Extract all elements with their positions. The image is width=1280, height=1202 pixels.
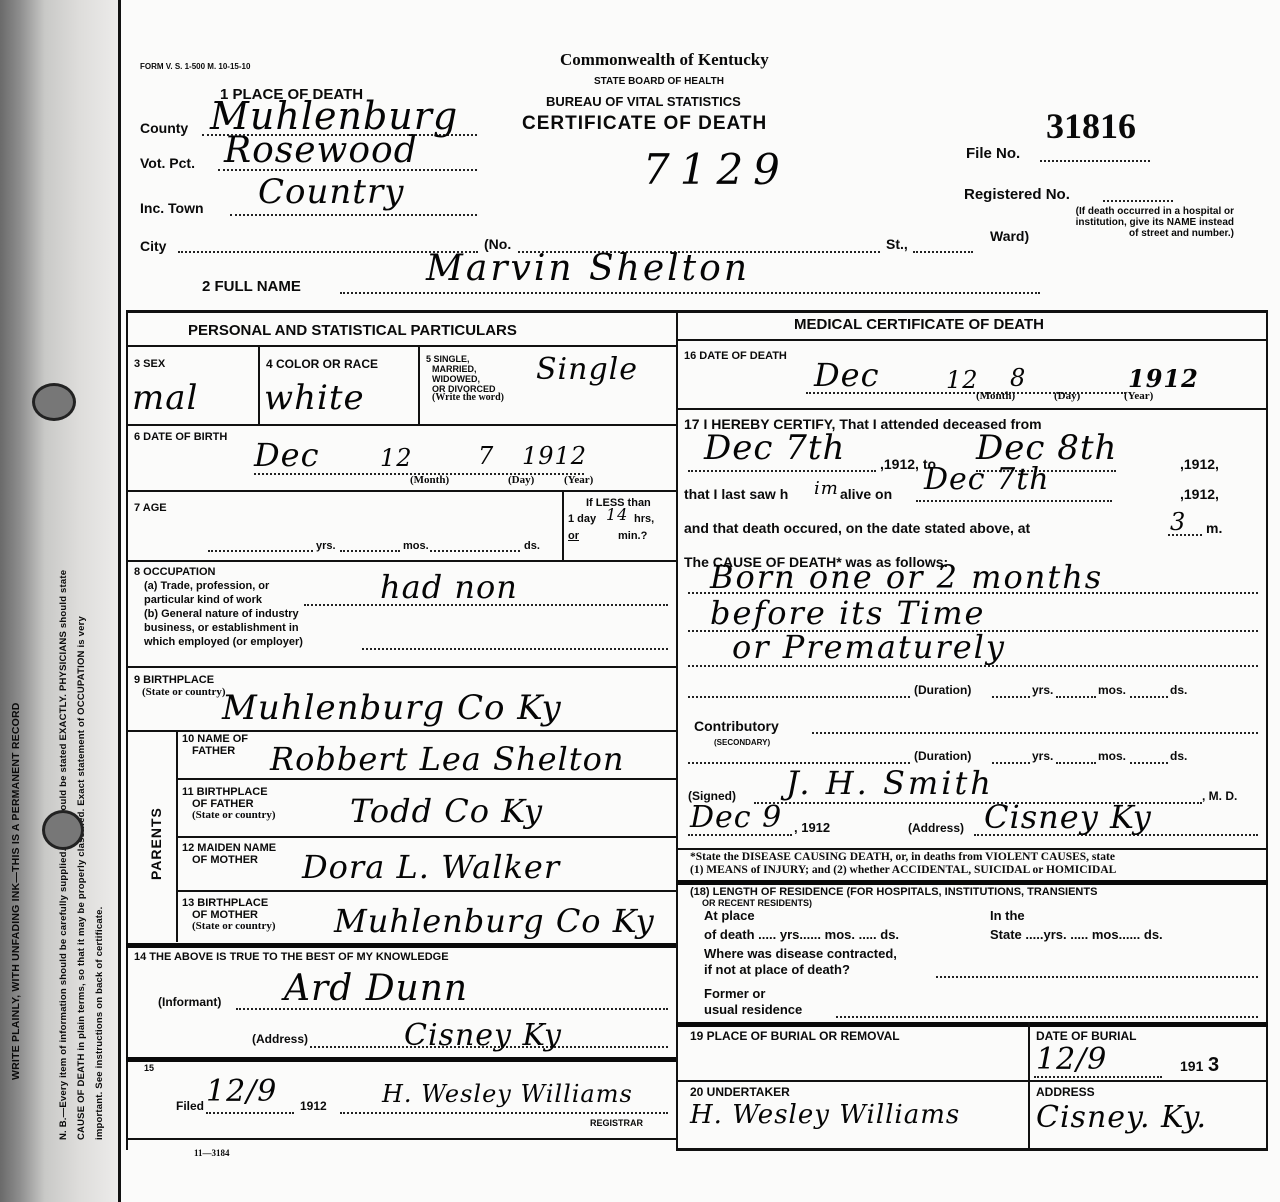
race-label: 4 COLOR OR RACE [266, 358, 378, 370]
less-than-label-2: 1 day [568, 513, 596, 525]
filed-year: 1912 [300, 1100, 327, 1112]
dod-day[interactable]: 8 [1010, 364, 1026, 392]
undertaker-value[interactable]: H. Wesley Williams [690, 1100, 960, 1130]
cause-duration-mos: mos. [1098, 684, 1126, 696]
vot-pct-label: Vot. Pct. [140, 155, 195, 171]
undertaker-address-label: ADDRESS [1036, 1086, 1095, 1098]
signed-date-value[interactable]: Dec 9 [690, 800, 782, 835]
place-of-burial-label: 19 PLACE OF BURIAL OR REMOVAL [690, 1030, 900, 1042]
sheet-left-border [118, 0, 121, 1202]
side-note-nb: N. B.—Every item of information should b… [58, 570, 69, 1140]
filed-date-value[interactable]: 12/9 [206, 1074, 277, 1109]
full-name-value[interactable]: Marvin Shelton [426, 248, 750, 289]
form-number: FORM V. S. 1-500 M. 10-15-10 [140, 62, 250, 72]
less-than-label-5: min.? [618, 530, 647, 542]
race-value[interactable]: white [264, 378, 365, 418]
dob-year[interactable]: 1912 [522, 442, 587, 470]
date-of-burial-label: DATE OF BURIAL [1036, 1030, 1136, 1042]
age-yrs-label: yrs. [316, 540, 336, 552]
full-name-label: 2 FULL NAME [202, 278, 301, 295]
in-state-label-1: In the [990, 910, 1025, 922]
bureau-heading: BUREAU OF VITAL STATISTICS [546, 94, 741, 109]
cause-line-2[interactable]: before its Time [710, 594, 985, 632]
medical-section-title: MEDICAL CERTIFICATE OF DEATH [794, 316, 1044, 333]
dod-year[interactable]: 1912 [1128, 364, 1199, 393]
dod-label: 16 DATE OF DEATH [684, 350, 787, 362]
death-time-label: and that death occured, on the date stat… [684, 520, 1030, 536]
mother-birthplace-label-1: 13 BIRTHPLACE [182, 897, 268, 909]
cause-duration-label: (Duration) [914, 684, 971, 696]
last-saw-pronoun[interactable]: im [814, 478, 839, 499]
undertaker-address-value[interactable]: Cisney. Ky. [1036, 1100, 1207, 1135]
contracted-label-2: if not at place of death? [704, 964, 850, 976]
date-of-burial-value[interactable]: 12/9 [1036, 1042, 1107, 1077]
informant-label: (Informant) [158, 996, 221, 1008]
dob-month[interactable]: Dec [254, 436, 320, 474]
dod-day-caption: (Day) [1054, 390, 1080, 402]
left-margin-strip: WRITE PLAINLY, WITH UNFADING INK—THIS IS… [0, 0, 118, 1202]
death-time-suffix: m. [1206, 520, 1222, 536]
side-note-cause: CAUSE OF DEATH in plain terms, so that i… [76, 616, 87, 1140]
age-ds-label: ds. [524, 540, 540, 552]
father-birthplace-value[interactable]: Todd Co Ky [350, 792, 543, 830]
at-place-label-1: At place [704, 910, 755, 922]
dob-label: 6 DATE OF BIRTH [134, 431, 227, 443]
occupation-b-line3: which employed (or employer) [144, 636, 303, 648]
attended-from-value[interactable]: Dec 7th [704, 428, 845, 468]
contributory-label: Contributory [694, 718, 779, 734]
file-no-label: File No. [966, 145, 1020, 162]
father-name-label-1: 10 NAME OF [182, 733, 248, 745]
certificate-title: CERTIFICATE OF DEATH [522, 113, 767, 135]
dob-month-num[interactable]: 12 [380, 444, 413, 472]
mother-name-label-1: 12 MAIDEN NAME [182, 842, 276, 854]
dob-day[interactable]: 7 [478, 442, 494, 470]
sex-value[interactable]: mal [132, 378, 198, 418]
death-time-value[interactable]: 3 [1170, 508, 1186, 536]
marital-label-1: 5 SINGLE, [426, 354, 470, 364]
hospital-note: (If death occurred in a hospital or inst… [1074, 206, 1234, 239]
dod-month-num[interactable]: 12 [946, 366, 979, 394]
mother-name-label-2: OF MOTHER [192, 854, 258, 866]
board-heading: STATE BOARD OF HEALTH [594, 76, 724, 88]
death-certificate: FORM V. S. 1-500 M. 10-15-10 Commonwealt… [118, 0, 1280, 1202]
month-caption: (Month) [410, 474, 449, 486]
personal-section-title: PERSONAL AND STATISTICAL PARTICULARS [188, 322, 517, 339]
contrib-duration-label: (Duration) [914, 750, 971, 762]
cause-duration-yrs: yrs. [1032, 684, 1053, 696]
physician-address-label: (Address) [908, 822, 964, 834]
registered-no-label: Registered No. [964, 186, 1070, 203]
punch-hole-top [32, 383, 76, 421]
attended-to-year: ,1912, [1180, 456, 1219, 472]
md-label: , M. D. [1202, 790, 1237, 802]
in-state-label-2: State .....yrs. ..... mos...... ds. [990, 929, 1163, 941]
cause-line-1[interactable]: Born one or 2 months [710, 558, 1103, 596]
parents-side-label: PARENTS [148, 807, 164, 880]
birthplace-sub: (State or country) [142, 686, 226, 698]
physician-address-value[interactable]: Cisney Ky [984, 798, 1152, 836]
dod-month[interactable]: Dec [814, 356, 880, 394]
alive-on-label: alive on [840, 486, 892, 502]
occupation-a-line2: particular kind of work [144, 594, 262, 606]
year-caption: (Year) [564, 474, 593, 486]
less-than-hrs-value[interactable]: 14 [606, 505, 628, 524]
registrar-signature[interactable]: H. Wesley Williams [382, 1080, 633, 1108]
age-mos-label: mos. [403, 540, 429, 552]
less-than-label-3: hrs, [634, 513, 654, 525]
occupation-b-line2: business, or establishment in [144, 622, 299, 634]
undertaker-label: 20 UNDERTAKER [690, 1086, 790, 1098]
physician-signature[interactable]: J. H. Smith [786, 764, 994, 802]
informant-value[interactable]: Ard Dunn [284, 968, 468, 1009]
last-saw-year: ,1912, [1180, 486, 1219, 502]
county-label: County [140, 120, 188, 136]
file-number-value: 31816 [1046, 105, 1136, 147]
secondary-label: (SECONDARY) [714, 738, 770, 748]
informant-statement: 14 THE ABOVE IS TRUE TO THE BEST OF MY K… [134, 951, 449, 963]
registrar-label: REGISTRAR [590, 1118, 643, 1128]
marital-label-3: WIDOWED, [432, 374, 480, 384]
city-label: City [140, 238, 166, 254]
side-note-write-plainly: WRITE PLAINLY, WITH UNFADING INK—THIS IS… [10, 702, 22, 1080]
mother-birthplace-value[interactable]: Muhlenburg Co Ky [334, 902, 655, 940]
father-name-label-2: FATHER [192, 745, 235, 757]
at-place-label-2: of death ..... yrs...... mos. ..... ds. [704, 929, 899, 941]
ward-label: Ward) [990, 228, 1029, 244]
footnote-line-2: (1) MEANS of INJURY; and (2) whether ACC… [690, 864, 1116, 876]
informant-address-label: (Address) [252, 1033, 308, 1045]
burial-year-printed: 191 [1180, 1060, 1203, 1072]
birthplace-value[interactable]: Muhlenburg Co Ky [222, 688, 562, 728]
birthplace-label: 9 BIRTHPLACE [134, 674, 214, 686]
informant-address-value[interactable]: Cisney Ky [404, 1018, 562, 1053]
occupation-b-line1: (b) General nature of industry [144, 608, 299, 620]
former-residence-label-1: Former or [704, 988, 765, 1000]
burial-year-handwritten[interactable]: 3 [1208, 1054, 1219, 1077]
contrib-duration-yrs: yrs. [1032, 750, 1053, 762]
side-note-instructions: important. See instructions on back of c… [94, 907, 105, 1141]
age-label: 7 AGE [134, 502, 167, 514]
handwritten-number: 7129 [643, 145, 790, 194]
cause-line-3[interactable]: or Prematurely [732, 628, 1006, 666]
footnote-line-1: *State the DISEASE CAUSING DEATH, or, in… [690, 851, 1115, 863]
residence-label-1: (18) LENGTH OF RESIDENCE (FOR HOSPITALS,… [690, 886, 1097, 898]
occupation-label: 8 OCCUPATION [134, 566, 216, 578]
print-code: 11—3184 [194, 1148, 230, 1158]
cause-duration-ds: ds. [1170, 684, 1187, 696]
contrib-duration-ds: ds. [1170, 750, 1187, 762]
occupation-value[interactable]: had non [380, 568, 518, 606]
punch-hole-bottom [42, 810, 84, 850]
father-birthplace-label-1: 11 BIRTHPLACE [182, 786, 268, 798]
former-residence-label-2: usual residence [704, 1004, 802, 1016]
inc-town-label: Inc. Town [140, 200, 204, 216]
residence-label-2: OR RECENT RESIDENTS) [702, 898, 812, 908]
marital-value[interactable]: Single [536, 352, 638, 387]
sex-label: 3 SEX [134, 358, 165, 370]
mother-birthplace-label-3: (State or country) [192, 920, 276, 932]
dod-month-caption: (Month) [976, 390, 1015, 402]
marital-label-5: (Write the word) [432, 392, 504, 403]
contrib-duration-mos: mos. [1098, 750, 1126, 762]
mother-name-value[interactable]: Dora L. Walker [302, 848, 560, 886]
commonwealth-heading: Commonwealth of Kentucky [560, 50, 769, 70]
father-name-value[interactable]: Robbert Lea Shelton [270, 740, 624, 778]
filed-label: Filed [176, 1100, 204, 1112]
father-birthplace-label-3: (State or country) [192, 809, 276, 821]
less-than-label-4: or [568, 530, 579, 542]
last-saw-date-value[interactable]: Dec 7th [924, 462, 1050, 497]
marital-label-2: MARRIED, [432, 364, 477, 374]
vot-pct-value[interactable]: Rosewood [224, 130, 418, 171]
st-label: St., [886, 236, 908, 252]
inc-town-value[interactable]: Country [258, 172, 404, 212]
signed-year: , 1912 [794, 822, 830, 834]
dod-year-caption: (Year) [1124, 390, 1153, 402]
item-15-label: 15 [144, 1063, 154, 1073]
occupation-a-line1: (a) Trade, profession, or [144, 580, 269, 592]
contracted-label-1: Where was disease contracted, [704, 948, 897, 960]
day-caption: (Day) [508, 474, 534, 486]
last-saw-label: that I last saw h [684, 486, 788, 502]
